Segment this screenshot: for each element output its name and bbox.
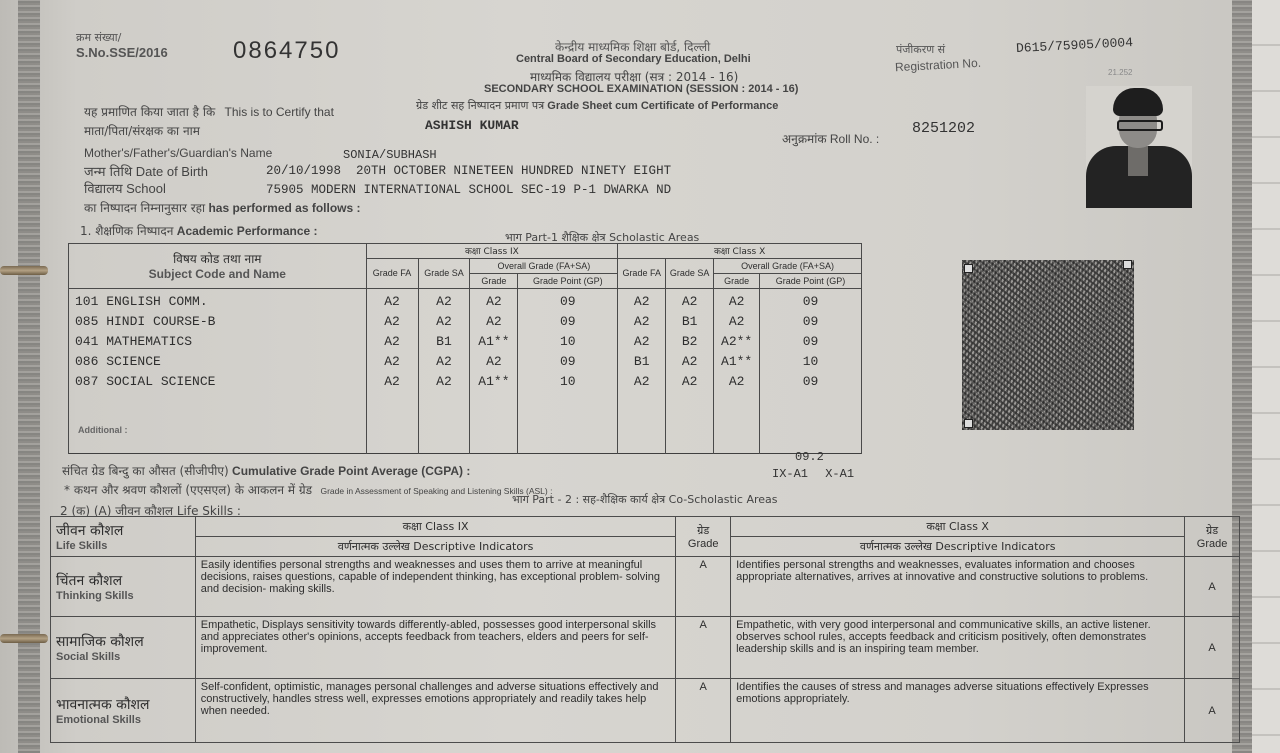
grade-value: B1 (618, 352, 665, 372)
x-fa-column: A2A2A2B1A2 (618, 288, 666, 453)
grade-value: A2** (714, 332, 759, 352)
ix-indicator-text: Easily identifies personal strengths and… (195, 557, 676, 617)
grade-value: A2 (470, 292, 517, 312)
grade-value: A2 (419, 312, 470, 332)
cgpa-value: 09.2 (795, 450, 824, 464)
x-indicator-text: Empathetic, with very good interpersonal… (731, 617, 1185, 679)
grade-value: A2 (367, 312, 418, 332)
grade-value: A1** (714, 352, 759, 372)
x-grade-sa-header: Grade SA (666, 258, 714, 288)
performed-text-hindi: का निष्पादन निम्नानुसार रहा (84, 201, 205, 215)
grade-value: A2 (470, 352, 517, 372)
serial-label-hindi: क्रम संख्या/ (76, 30, 121, 45)
grade-value: A1** (470, 332, 517, 352)
parent-label: Mother's/Father's/Guardian's Name (84, 146, 272, 160)
ix-overall-header: Overall Grade (FA+SA) (470, 258, 618, 273)
subject-name: 086 SCIENCE (75, 352, 366, 372)
grade-value: A2 (618, 292, 665, 312)
life-skill-row: चिंतन कौशलThinking SkillsEasily identifi… (51, 557, 1240, 617)
skill-name: भावनात्मक कौशलEmotional Skills (51, 679, 196, 743)
x-indicator-text: Identifies the causes of stress and mana… (731, 679, 1185, 743)
x-grade-column: A2A2A2**A1**A2 (714, 288, 760, 453)
grade-value: A2 (618, 332, 665, 352)
life-skills-table: जीवन कौशल Life Skills कक्षा Class IX ग्र… (50, 516, 1240, 743)
grade-value: A2 (714, 292, 759, 312)
grade-value: A2 (618, 312, 665, 332)
grade-value: 10 (760, 352, 861, 372)
life-skills-header: जीवन कौशल Life Skills (51, 517, 196, 557)
parent-name: SONIA/SUBHASH (343, 148, 437, 162)
x-indicator-text: Identifies personal strengths and weakne… (731, 557, 1185, 617)
ix-skill-grade: A (676, 617, 731, 679)
background-wall (1252, 0, 1280, 753)
x-grade-fa-header: Grade FA (618, 258, 666, 288)
asl-class-x: X-A1 (825, 467, 854, 481)
x-skill-grade: A (1185, 557, 1240, 617)
x-sa-column: A2B1B2A2A2 (666, 288, 714, 453)
certify-text: This is to Certify that (225, 105, 334, 119)
ix-grade-fa-header: Grade FA (366, 258, 418, 288)
school-label: School (126, 181, 166, 196)
life-x-grade-header: ग्रेड Grade (1185, 517, 1240, 557)
academic-title: Academic Performance : (177, 224, 318, 238)
grade-value: A2 (367, 372, 418, 392)
x-overall-header: Overall Grade (FA+SA) (714, 258, 862, 273)
grade-value: 09 (760, 332, 861, 352)
date-of-birth: 20/10/1998 20TH OCTOBER NINETEEN HUNDRED… (266, 164, 671, 178)
ix-grade-header: Grade (470, 273, 518, 288)
registration-label-hindi: पंजीकरण सं (896, 42, 945, 57)
life-ix-indicators-header: वर्णनात्मक उल्लेख Descriptive Indicators (195, 537, 676, 557)
subject-header: विषय कोड तथा नाम Subject Code and Name (69, 244, 367, 289)
subject-name: 101 ENGLISH COMM. (75, 292, 366, 312)
subject-name: 087 SOCIAL SCIENCE (75, 372, 366, 392)
grade-value: A2 (367, 292, 418, 312)
subject-rows: 101 ENGLISH COMM.085 HINDI COURSE-B041 M… (69, 288, 862, 453)
x-skill-grade: A (1185, 679, 1240, 743)
life-ix-grade-header: ग्रेड Grade (676, 517, 731, 557)
ix-grade-sa-header: Grade SA (418, 258, 470, 288)
grade-value: A2 (618, 372, 665, 392)
qr-code (962, 260, 1134, 430)
grade-value: 10 (518, 332, 617, 352)
exam-name: SECONDARY SCHOOL EXAMINATION (SESSION : … (484, 83, 798, 95)
handwritten-mark: 21.252 (1108, 68, 1132, 77)
student-name: ASHISH KUMAR (425, 118, 519, 133)
additional-label: Additional : (78, 425, 128, 435)
sheet-title-hindi: ग्रेड शीट सह निष्पादन प्रमाण पत्र (416, 99, 544, 112)
grade-value: B2 (666, 332, 713, 352)
grade-value: B1 (419, 332, 470, 352)
grade-value: A2 (470, 312, 517, 332)
grade-value: 09 (518, 292, 617, 312)
grade-value: A2 (419, 352, 470, 372)
asl-label-hindi: * कथन और श्रवण कौशलों (एएसएल) के आकलन मे… (64, 483, 312, 497)
ix-gp-header: Grade Point (GP) (518, 273, 618, 288)
grade-value: A2 (714, 312, 759, 332)
grade-value: 09 (760, 372, 861, 392)
ix-fa-column: A2A2A2A2A2 (366, 288, 418, 453)
grade-value: A2 (367, 352, 418, 372)
sheet-title: Grade Sheet cum Certificate of Performan… (547, 100, 778, 112)
serial-label: S.No.SSE/2016 (76, 45, 168, 60)
roll-label-hindi: अनुक्रमांक (782, 132, 827, 146)
grade-value: A1** (470, 372, 517, 392)
co-scholastic-part-title: भाग Part - 2 : सह-शैक्षिक कार्य क्षेत्र … (512, 492, 778, 507)
ix-grade-column: A2A2A1**A2A1** (470, 288, 518, 453)
grade-value: A2 (714, 372, 759, 392)
school-label-hindi: विद्यालय (84, 182, 123, 197)
class-x-header: कक्षा Class X (618, 244, 862, 259)
class-ix-header: कक्षा Class IX (366, 244, 618, 259)
ix-indicator-text: Empathetic, Displays sensitivity towards… (195, 617, 676, 679)
dob-label-hindi: जन्म तिथि (84, 165, 132, 180)
certify-text-hindi: यह प्रमाणित किया जाता है कि (84, 105, 215, 119)
ix-skill-grade: A (676, 679, 731, 743)
ix-gp-column: 0909100910 (518, 288, 618, 453)
skill-name: सामाजिक कौशलSocial Skills (51, 617, 196, 679)
ix-sa-column: A2A2B1A2A2 (418, 288, 470, 453)
grade-value: B1 (666, 312, 713, 332)
grade-value: 10 (518, 372, 617, 392)
life-skill-row: भावनात्मक कौशलEmotional SkillsSelf-confi… (51, 679, 1240, 743)
x-gp-column: 0909091009 (760, 288, 862, 453)
cgpa-label-hindi: संचित ग्रेड बिन्दु का औसत (सीजीपीए) (62, 464, 229, 478)
binder-ring-icon (0, 634, 48, 643)
grade-value: 09 (760, 292, 861, 312)
grade-value: A2 (666, 292, 713, 312)
serial-number: 0864750 (233, 37, 340, 65)
life-x-indicators-header: वर्णनात्मक उल्लेख Descriptive Indicators (731, 537, 1185, 557)
life-skill-row: सामाजिक कौशलSocial SkillsEmpathetic, Dis… (51, 617, 1240, 679)
academic-title-hindi: 1. शैक्षणिक निष्पादन (80, 224, 173, 238)
skill-name: चिंतन कौशलThinking Skills (51, 557, 196, 617)
grade-value: A2 (367, 332, 418, 352)
subject-name: 085 HINDI COURSE-B (75, 312, 366, 332)
roll-number: 8251202 (912, 120, 975, 137)
grade-value: A2 (419, 292, 470, 312)
life-class-x-header: कक्षा Class X (731, 517, 1185, 537)
ix-indicator-text: Self-confident, optimistic, manages pers… (195, 679, 676, 743)
grade-value: A2 (419, 372, 470, 392)
grade-value: A2 (666, 352, 713, 372)
ix-skill-grade: A (676, 557, 731, 617)
asl-class-ix: IX-A1 (772, 467, 808, 481)
school-name: 75905 MODERN INTERNATIONAL SCHOOL SEC-19… (266, 183, 671, 197)
parent-label-hindi: माता/पिता/संरक्षक का नाम (84, 122, 200, 139)
grade-value: 09 (518, 312, 617, 332)
student-photo (1086, 86, 1192, 208)
grade-value: 09 (760, 312, 861, 332)
life-class-ix-header: कक्षा Class IX (195, 517, 676, 537)
scholastic-table: विषय कोड तथा नाम Subject Code and Name क… (68, 243, 862, 454)
x-grade-header: Grade (714, 273, 760, 288)
grade-value: 09 (518, 352, 617, 372)
x-gp-header: Grade Point (GP) (760, 273, 862, 288)
cgpa-label: Cumulative Grade Point Average (CGPA) : (232, 464, 470, 478)
subject-name: 041 MATHEMATICS (75, 332, 366, 352)
board-name: Central Board of Secondary Education, De… (516, 53, 751, 65)
grade-value: A2 (666, 372, 713, 392)
performed-text: has performed as follows : (208, 201, 360, 215)
dob-label: Date of Birth (136, 164, 208, 179)
binder-ring-icon (0, 266, 48, 275)
x-skill-grade: A (1185, 617, 1240, 679)
roll-label: Roll No. : (830, 132, 879, 146)
